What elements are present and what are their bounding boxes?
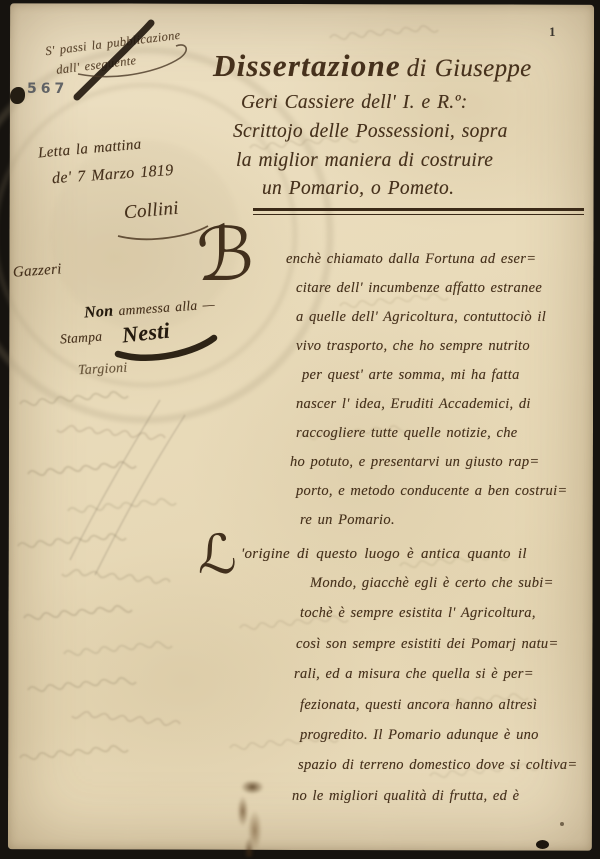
read-note-line1: Letta la mattina <box>37 137 142 163</box>
verdict-rest: ammessa alla <box>118 298 198 318</box>
body-line: nascer l' idea, Eruditi Accademici, di <box>296 396 568 425</box>
censor-note-line1: S' passi la pubblicazione <box>45 28 182 59</box>
body-line: progredito. Il Pomario adunque è uno <box>300 727 578 757</box>
body-line: 'origine di questo luogo è antica quanto… <box>241 546 527 563</box>
body-line: Mondo, giacchè egli è certo che subi= <box>310 575 578 605</box>
body-line: fezionata, questi ancora hanno altresì <box>300 697 578 727</box>
title-line3: Scrittojo delle Possessioni, sopra <box>233 121 508 143</box>
title-line5: un Pomario, o Pometo. <box>262 178 454 200</box>
read-note-line2: de' 7 Marzo 1819 <box>52 162 175 188</box>
paragraph-1: enchè chiamato dalla Fortuna ad eser= ci… <box>296 251 568 541</box>
gazzeri-signature: Gazzeri <box>12 261 62 281</box>
title-rest: di Giuseppe <box>407 55 532 82</box>
dropcap-L: ℒ <box>198 528 237 582</box>
body-line: rali, ed a misura che quella si è per= <box>294 666 578 696</box>
body-line: no le migliori qualità di frutta, ed è <box>292 788 578 818</box>
body-line: così son sempre esistiti dei Pomarj natu… <box>296 636 578 666</box>
body-line: spazio di terreno domestico dove si colt… <box>298 757 578 787</box>
page-number: 1 <box>549 24 556 40</box>
body-line: porto, e metodo conducente a ben costrui… <box>296 483 568 512</box>
title-line1: Dissertazione di Giuseppe <box>213 48 532 84</box>
body-line: a quelle dell' Agricoltura, contuttociò … <box>296 309 568 338</box>
body-line: tochè è sempre esistita l' Agricoltura, <box>300 605 578 635</box>
verdict-line2: Stampa <box>59 329 102 348</box>
title-main-word: Dissertazione <box>213 48 401 83</box>
body-line: raccogliere tutte quelle notizie, che <box>296 425 568 454</box>
title-divider-rule <box>253 208 584 215</box>
body-line: ho potuto, e presentarvi un giusto rap= <box>290 454 568 483</box>
body-line: re un Pomario. <box>300 512 568 541</box>
title-line2: Geri Cassiere dell' I. e R.º: <box>241 92 468 114</box>
collini-signature: Collini <box>123 198 180 225</box>
body-line: enchè chiamato dalla Fortuna ad eser= <box>286 251 568 280</box>
nesti-signature: Nesti <box>121 318 171 349</box>
verdict-non: Non <box>84 303 114 322</box>
targioni-signature: Targioni <box>78 361 128 380</box>
body-line: vivo trasporto, che ho sempre nutrito <box>296 338 568 367</box>
body-line: citare dell' incumbenze affatto estranee <box>296 280 568 309</box>
censor-note-line2: dall' eseguente <box>55 53 137 78</box>
shelf-number-stamp: 567 <box>27 81 68 97</box>
title-line4: la miglior maniera di costruire <box>236 150 493 172</box>
dropcap-B: ℬ <box>196 218 254 292</box>
collini-flourish <box>118 226 208 239</box>
body-line: per quest' arte somma, mi ha fatta <box>302 367 568 396</box>
paragraph-2: Mondo, giacchè egli è certo che subi= to… <box>300 575 578 818</box>
